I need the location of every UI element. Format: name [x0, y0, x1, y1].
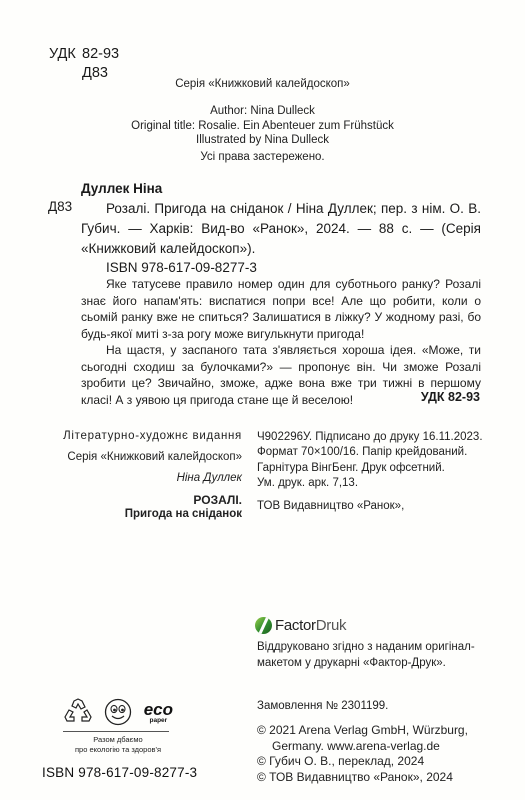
credit-original-title: Original title: Rosalie. Ein Abenteuer z… [0, 119, 525, 134]
genre: Літературно-художнє видання [20, 430, 242, 442]
copyright-line: Germany. www.arena-verlag.de [257, 739, 517, 755]
abstract: Яке татусеве правило номер один для субо… [81, 276, 481, 408]
udk-bottom: УДК 82-93 [420, 390, 480, 404]
eco-paper-logo: eco paper [144, 703, 173, 724]
copyright-line: © ТОВ Видавництво «Ранок», 2024 [257, 770, 517, 786]
imprint-line: Гарнітура ВінгБенг. Друк офсетний. [257, 461, 517, 476]
isbn-bottom: ISBN 978-617-09-8277-3 [42, 765, 197, 780]
imprint-line: Ч902296У. Підписано до друку 16.11.2023. [257, 430, 517, 445]
logo-word-factor: Factor [275, 617, 316, 634]
abstract-paragraph: Яке татусеве правило номер один для субо… [81, 276, 481, 342]
imprint-line: Ум. друк. арк. 7,13. [257, 476, 517, 491]
publisher: ТОВ Видавництво «Ранок», [257, 499, 517, 514]
credit-illustrator: Illustrated by Nina Dulleck [0, 133, 525, 148]
slogan-line: Разом дбаємо [63, 735, 173, 745]
series-title: Серія «Книжковий калейдоскоп» [0, 78, 525, 90]
order-number: Замовлення № 2301199. [257, 700, 388, 712]
credit-author: Author: Nina Dulleck [0, 104, 525, 119]
copyright-line: © 2021 Arena Verlag GmbH, Würzburg, [257, 723, 517, 739]
logo-word-druk: Druk [316, 617, 346, 634]
author-heading: Дуллек Ніна [81, 181, 162, 196]
copyright-line: © Губич О. В., переклад, 2024 [257, 754, 517, 770]
recycle-icon [63, 698, 93, 729]
book-title: РОЗАЛІ. [20, 493, 242, 507]
divider [63, 731, 169, 732]
eco-slogan: Разом дбаємо про екологію та здоров'я [63, 735, 173, 754]
rights-statement: Усі права застережено. [0, 151, 525, 163]
imprint-right: Ч902296У. Підписано до друку 16.11.2023.… [257, 430, 517, 514]
bib-text: Розалі. Пригода на сніданок / Ніна Дулле… [81, 199, 481, 259]
smiley-face-icon [104, 698, 132, 730]
imprint-left: Літературно-художнє видання Серія «Книжк… [20, 430, 242, 520]
author-mark-side: Д83 [48, 199, 72, 214]
isbn-record: ISBN 978-617-09-8277-3 [106, 260, 257, 275]
factor-druk-logo: FactorDruk [255, 617, 346, 634]
copyrights: © 2021 Arena Verlag GmbH, Würzburg, Germ… [257, 723, 517, 785]
printing-statement: Віддруковано згідно з наданим оригінал-м… [257, 640, 517, 671]
imprint-line: Формат 70×100/16. Папір крейдований. [257, 445, 517, 460]
bibliographic-description: Розалі. Пригода на сніданок / Ніна Дулле… [81, 199, 481, 259]
book-subtitle: Пригода на сніданок [20, 508, 242, 520]
original-credits: Author: Nina Dulleck Original title: Ros… [0, 104, 525, 148]
factor-druk-leaf-icon [255, 617, 272, 634]
eco-paper-badge: eco paper Разом дбаємо про екологію та з… [63, 700, 173, 754]
series: Серія «Книжковий калейдоскоп» [20, 451, 242, 463]
slogan-line: про екологію та здоров'я [63, 745, 173, 755]
udk-label: УДК [49, 45, 82, 64]
udk-code: 82-93 [82, 45, 119, 64]
author-name: Ніна Дуллек [20, 472, 242, 484]
